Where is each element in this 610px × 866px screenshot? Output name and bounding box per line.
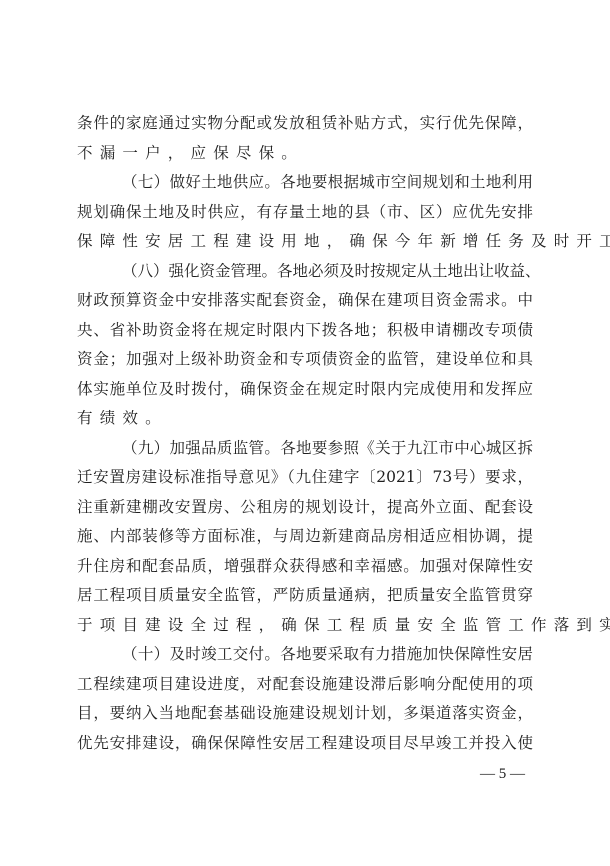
text-line: 施、内部装修等方面标准，与周边新建商品房相适应相协调，提: [77, 522, 533, 552]
text-line: 有绩效。: [77, 404, 533, 434]
text-line: 资金；加强对上级补助资金和专项债资金的监管，建设单位和具: [77, 345, 533, 375]
text-line: 优先安排建设，确保保障性安居工程建设项目尽早竣工并投入使: [77, 729, 533, 759]
document-body: 条件的家庭通过实物分配或发放租赁补贴方式，实行优先保障， 不漏一户，应保尽保。 …: [77, 109, 533, 758]
text-line: 工程续建项目建设进度，对配套设施建设滞后影响分配使用的项: [77, 670, 533, 700]
text-line: 注重新建棚改安置房、公租房的规划设计，提高外立面、配套设: [77, 493, 533, 523]
section-heading-line-7: （七）做好土地供应。各地要根据城市空间规划和土地利用: [77, 168, 533, 198]
text-line: 升住房和配套品质，增强群众获得感和幸福感。加强对保障性安: [77, 552, 533, 582]
text-line: 迁安置房建设标准指导意见》（九住建字〔2021〕73号）要求，: [77, 463, 533, 493]
text-line: 于项目建设全过程，确保工程质量安全监管工作落到实处。: [77, 611, 533, 641]
page-number: — 5 —: [480, 763, 525, 785]
section-heading-line-10: （十）及时竣工交付。各地要采取有力措施加快保障性安居: [77, 640, 533, 670]
text-line: 目，要纳入当地配套基础设施建设规划计划，多渠道落实资金，: [77, 699, 533, 729]
text-line: 规划确保土地及时供应，有存量土地的县（市、区）应优先安排: [77, 198, 533, 228]
text-line: 央、省补助资金将在规定时限内下拨各地；积极申请棚改专项债: [77, 316, 533, 346]
text-line: 条件的家庭通过实物分配或发放租赁补贴方式，实行优先保障，: [77, 109, 533, 139]
text-line: 财政预算资金中安排落实配套资金，确保在建项目资金需求。中: [77, 286, 533, 316]
section-heading-line-9: （九）加强品质监管。各地要参照《关于九江市中心城区拆: [77, 434, 533, 464]
text-line: 居工程项目质量安全监管，严防质量通病，把质量安全监管贯穿: [77, 581, 533, 611]
text-line: 不漏一户，应保尽保。: [77, 139, 533, 169]
text-line: 保障性安居工程建设用地，确保今年新增任务及时开工。: [77, 227, 533, 257]
document-page: 条件的家庭通过实物分配或发放租赁补贴方式，实行优先保障， 不漏一户，应保尽保。 …: [0, 0, 610, 866]
section-heading-line-8: （八）强化资金管理。各地必须及时按规定从土地出让收益、: [77, 257, 533, 287]
text-line: 体实施单位及时拨付，确保资金在规定时限内完成使用和发挥应: [77, 375, 533, 405]
